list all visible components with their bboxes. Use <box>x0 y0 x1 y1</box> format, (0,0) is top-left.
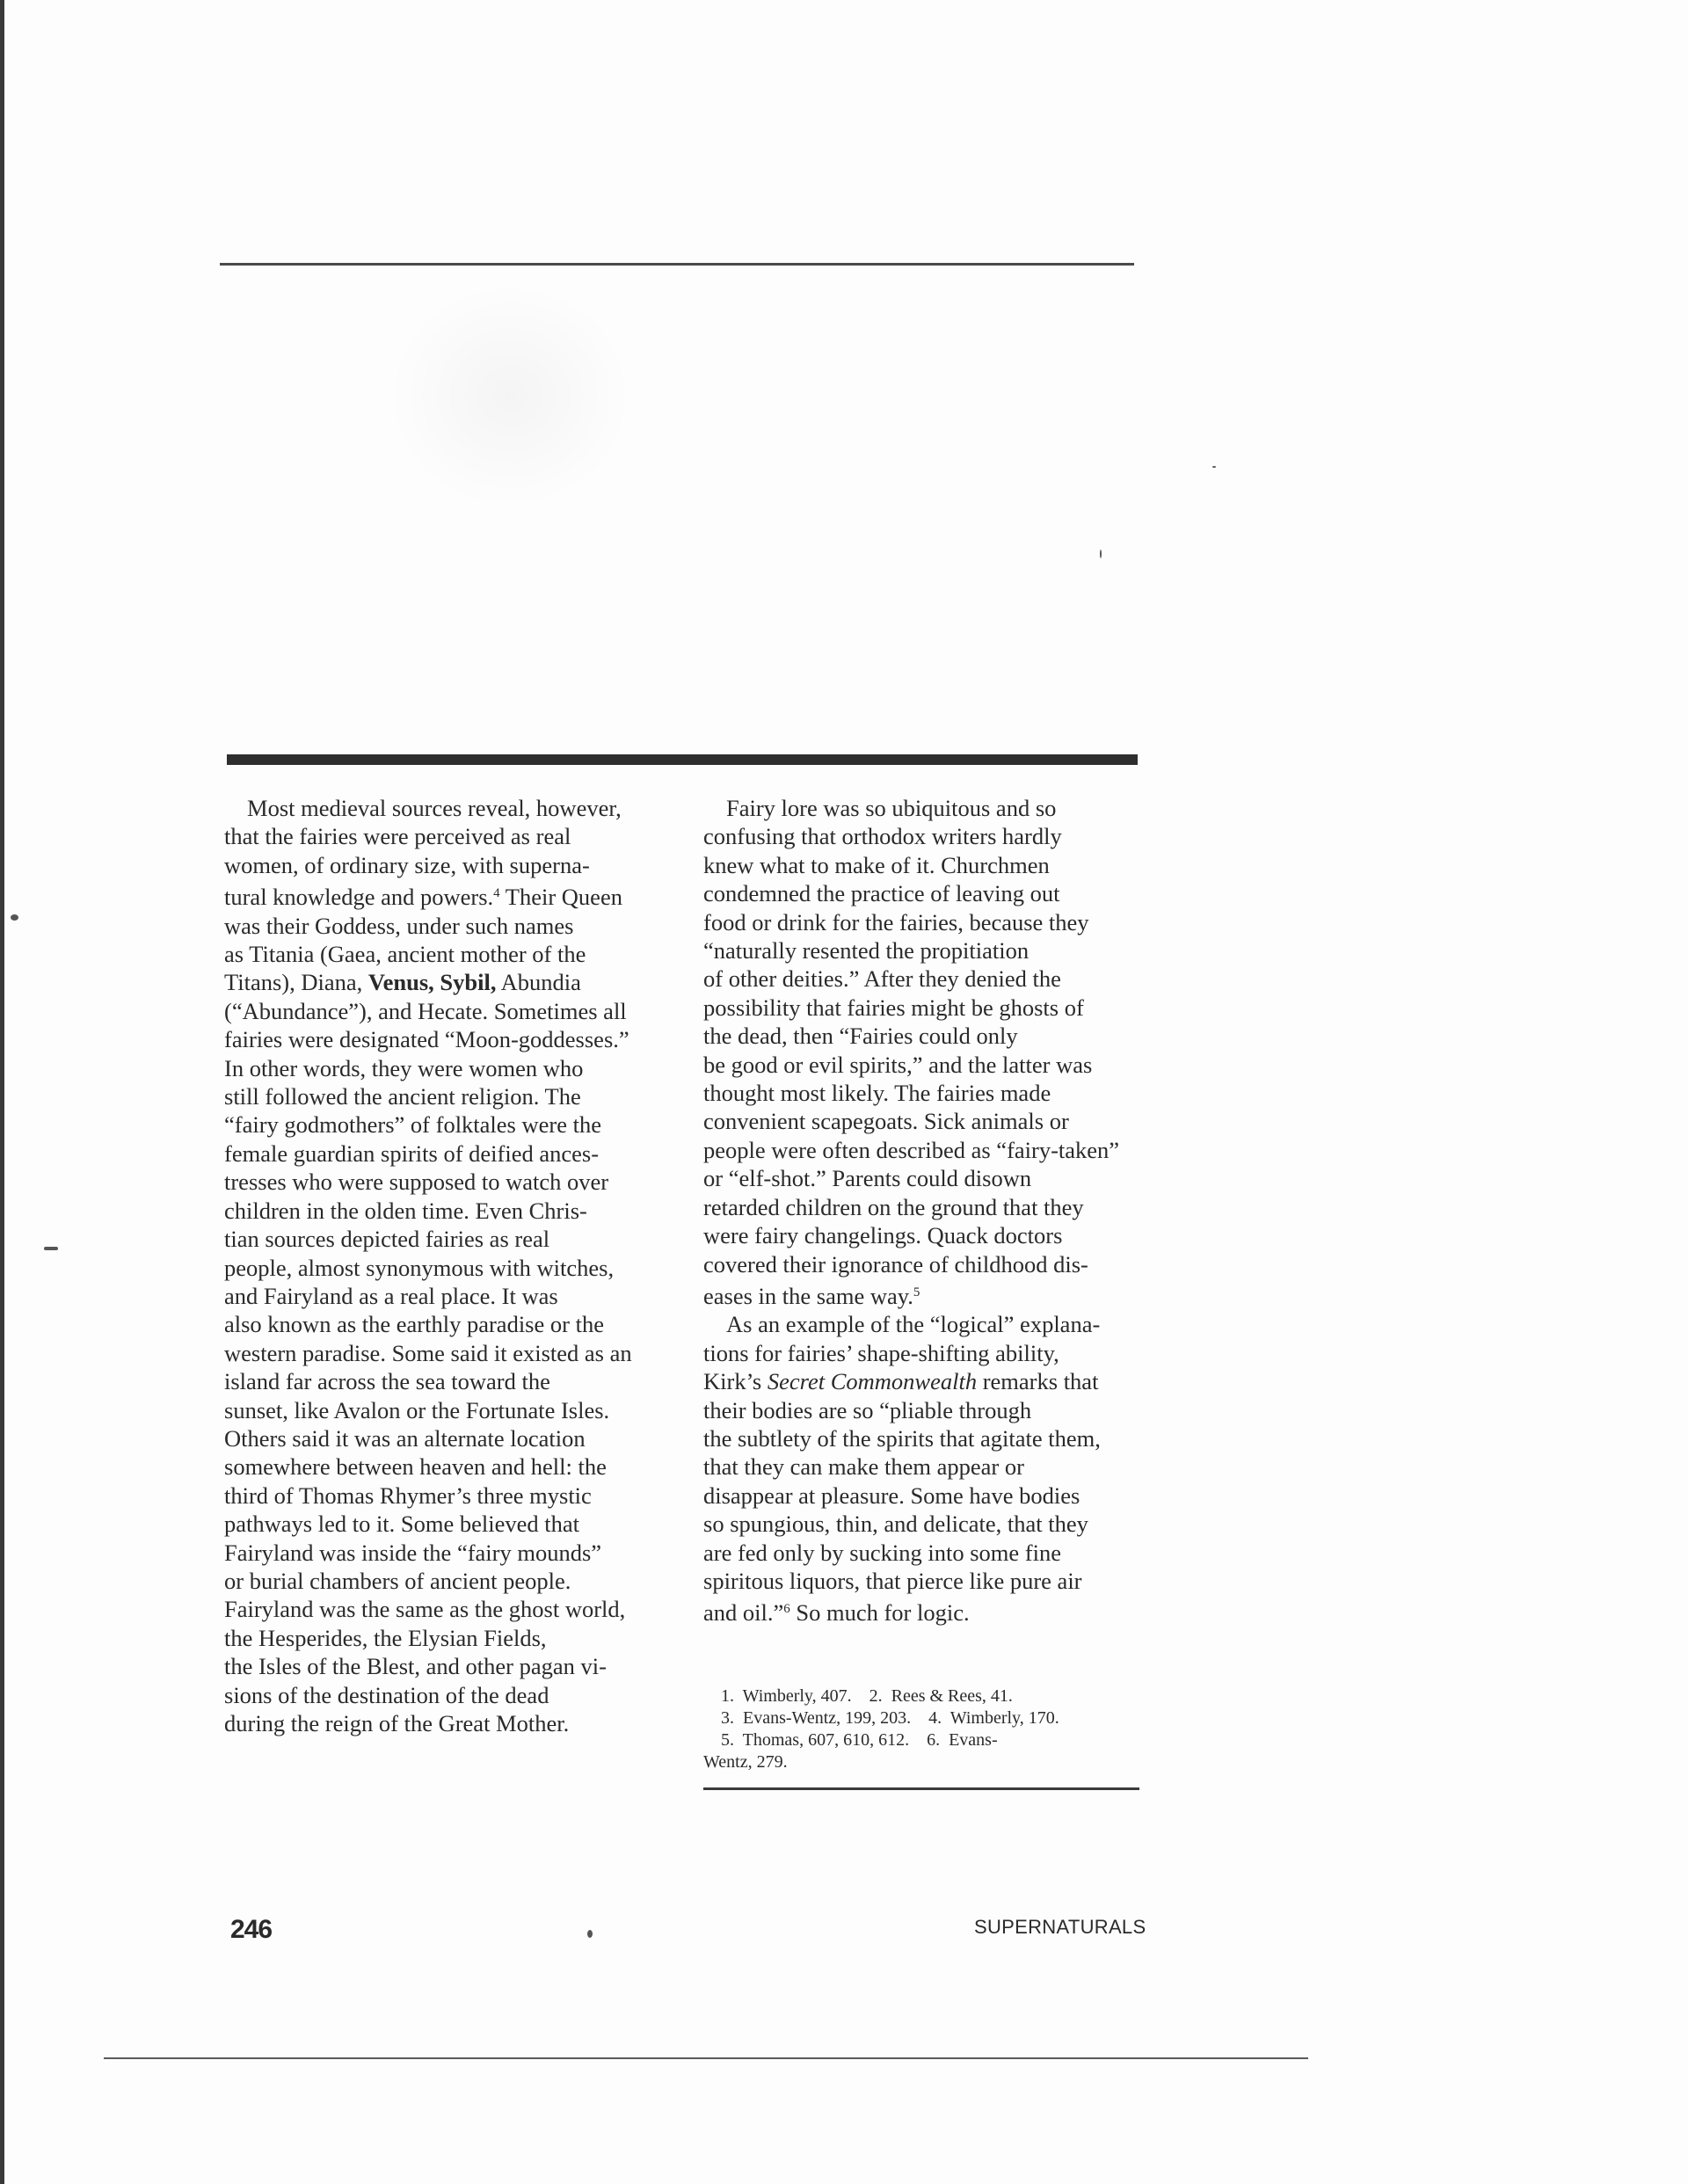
text-line: was their Goddess, under such names <box>224 912 681 940</box>
text-line: tresses who were supposed to watch over <box>224 1168 681 1196</box>
text-line: disappear at pleasure. Some have bodies <box>703 1481 1143 1510</box>
footnote-line: Wentz, 279. <box>703 1751 1143 1773</box>
top-thin-rule <box>220 263 1134 266</box>
text-line-with-italic: Kirk’s Secret Commonwealth remarks that <box>703 1367 1143 1395</box>
text-line: As an example of the “logical” explana- <box>703 1310 1143 1338</box>
footnote-marker-6: 6 <box>783 1602 790 1616</box>
text-line: also known as the earthly paradise or th… <box>224 1310 681 1338</box>
text-line: are fed only by sucking into some fine <box>703 1539 1143 1567</box>
scan-speck <box>1212 466 1216 468</box>
text-line: female guardian spirits of deified ances… <box>224 1139 681 1168</box>
scan-speck <box>1100 550 1102 558</box>
text-line-with-footnote: and oil.”6 So much for logic. <box>703 1595 1143 1627</box>
text-line: Fairyland was inside the “fairy mounds” <box>224 1539 681 1567</box>
text-line: during the reign of the Great Mother. <box>224 1709 681 1737</box>
text-line: Fairy lore was so ubiquitous and so <box>703 794 1143 822</box>
text-line: sions of the destination of the dead <box>224 1681 681 1709</box>
text-line: that the fairies were perceived as real <box>224 822 681 850</box>
scan-speck <box>587 1930 593 1938</box>
text-line: confusing that orthodox writers hardly <box>703 822 1143 850</box>
text-line: “naturally resented the propitiation <box>703 936 1143 965</box>
bottom-rule <box>104 2057 1308 2059</box>
text-line: food or drink for the fairies, because t… <box>703 908 1143 936</box>
text-line: people, almost synonymous with witches, <box>224 1254 681 1282</box>
footnote-line: 1. Wimberly, 407. 2. Rees & Rees, 41. <box>721 1685 1143 1707</box>
section-thick-rule <box>227 754 1138 765</box>
text-line: as Titania (Gaea, ancient mother of the <box>224 940 681 968</box>
text-line: covered their ignorance of childhood dis… <box>703 1250 1143 1278</box>
text-line: be good or evil spirits,” and the latter… <box>703 1051 1143 1079</box>
text-line: spiritous liquors, that pierce like pure… <box>703 1567 1143 1595</box>
text-line: tian sources depicted fairies as real <box>224 1225 681 1253</box>
text-line: (“Abundance”), and Hecate. Sometimes all <box>224 997 681 1025</box>
text-line: or burial chambers of ancient people. <box>224 1567 681 1595</box>
scan-edge-shadow <box>0 0 4 2184</box>
text-line: western paradise. Some said it existed a… <box>224 1339 681 1367</box>
text-line: so spungious, thin, and delicate, that t… <box>703 1510 1143 1538</box>
footnote-marker-4: 4 <box>493 886 500 900</box>
right-text-column: Fairy lore was so ubiquitous and so conf… <box>703 794 1143 1627</box>
text-line: the dead, then “Fairies could only <box>703 1022 1143 1050</box>
text-line: somewhere between heaven and hell: the <box>224 1452 681 1481</box>
text-line: convenient scapegoats. Sick animals or <box>703 1107 1143 1135</box>
text-line: sunset, like Avalon or the Fortunate Isl… <box>224 1396 681 1424</box>
text-line: tions for fairies’ shape-shifting abilit… <box>703 1339 1143 1367</box>
text-line: condemned the practice of leaving out <box>703 879 1143 907</box>
footnotes: 1. Wimberly, 407. 2. Rees & Rees, 41. 3.… <box>721 1685 1143 1773</box>
footnotes-rule <box>703 1787 1139 1790</box>
text-line: that they can make them appear or <box>703 1452 1143 1481</box>
footnote-line: 5. Thomas, 607, 610, 612. 6. Evans- <box>721 1729 1143 1751</box>
text-line: thought most likely. The fairies made <box>703 1079 1143 1107</box>
text-line: “fairy godmothers” of folktales were the <box>224 1110 681 1139</box>
text-line-with-bold: Titans), Diana, Venus, Sybil, Abundia <box>224 968 681 996</box>
text-line: still followed the ancient religion. The <box>224 1082 681 1110</box>
text-line: were fairy changelings. Quack doctors <box>703 1221 1143 1249</box>
text-line: island far across the sea toward the <box>224 1367 681 1395</box>
footnote-marker-5: 5 <box>913 1285 920 1299</box>
text-line: children in the olden time. Even Chris- <box>224 1197 681 1225</box>
page-number: 246 <box>230 1915 272 1945</box>
left-text-column: Most medieval sources reveal, however, t… <box>224 794 681 1737</box>
text-line: their bodies are so “pliable through <box>703 1396 1143 1424</box>
book-title-italic: Secret Commonwealth <box>768 1368 977 1394</box>
text-line: Others said it was an alternate location <box>224 1424 681 1452</box>
text-line: the subtlety of the spirits that agitate… <box>703 1424 1143 1452</box>
text-line: knew what to make of it. Churchmen <box>703 851 1143 879</box>
text-line: people were often described as “fairy-ta… <box>703 1136 1143 1164</box>
text-line: of other deities.” After they denied the <box>703 965 1143 993</box>
text-line: third of Thomas Rhymer’s three mystic <box>224 1481 681 1510</box>
footnote-line: 3. Evans-Wentz, 199, 203. 4. Wimberly, 1… <box>721 1707 1143 1729</box>
text-line: pathways led to it. Some believed that <box>224 1510 681 1538</box>
text-line: Fairyland was the same as the ghost worl… <box>224 1595 681 1623</box>
text-line-with-footnote: tural knowledge and powers.4 Their Queen <box>224 879 681 911</box>
text-line: and Fairyland as a real place. It was <box>224 1282 681 1310</box>
text-line: retarded children on the ground that the… <box>703 1193 1143 1221</box>
text-line: or “elf-shot.” Parents could disown <box>703 1164 1143 1192</box>
text-line: In other words, they were women who <box>224 1054 681 1082</box>
bleed-through-ghost-image <box>387 281 633 510</box>
text-line: the Isles of the Blest, and other pagan … <box>224 1652 681 1680</box>
bold-names: Venus, Sybil, <box>368 969 497 995</box>
text-line: the Hesperides, the Elysian Fields, <box>224 1624 681 1652</box>
scan-speck <box>44 1247 58 1250</box>
text-line: women, of ordinary size, with superna- <box>224 851 681 879</box>
running-head: SUPERNATURALS <box>974 1916 1146 1939</box>
text-line-with-footnote: eases in the same way.5 <box>703 1278 1143 1310</box>
text-line: Most medieval sources reveal, however, <box>224 794 681 822</box>
scan-speck <box>11 914 18 921</box>
text-line: fairies were designated “Moon-goddesses.… <box>224 1025 681 1053</box>
text-line: possibility that fairies might be ghosts… <box>703 994 1143 1022</box>
